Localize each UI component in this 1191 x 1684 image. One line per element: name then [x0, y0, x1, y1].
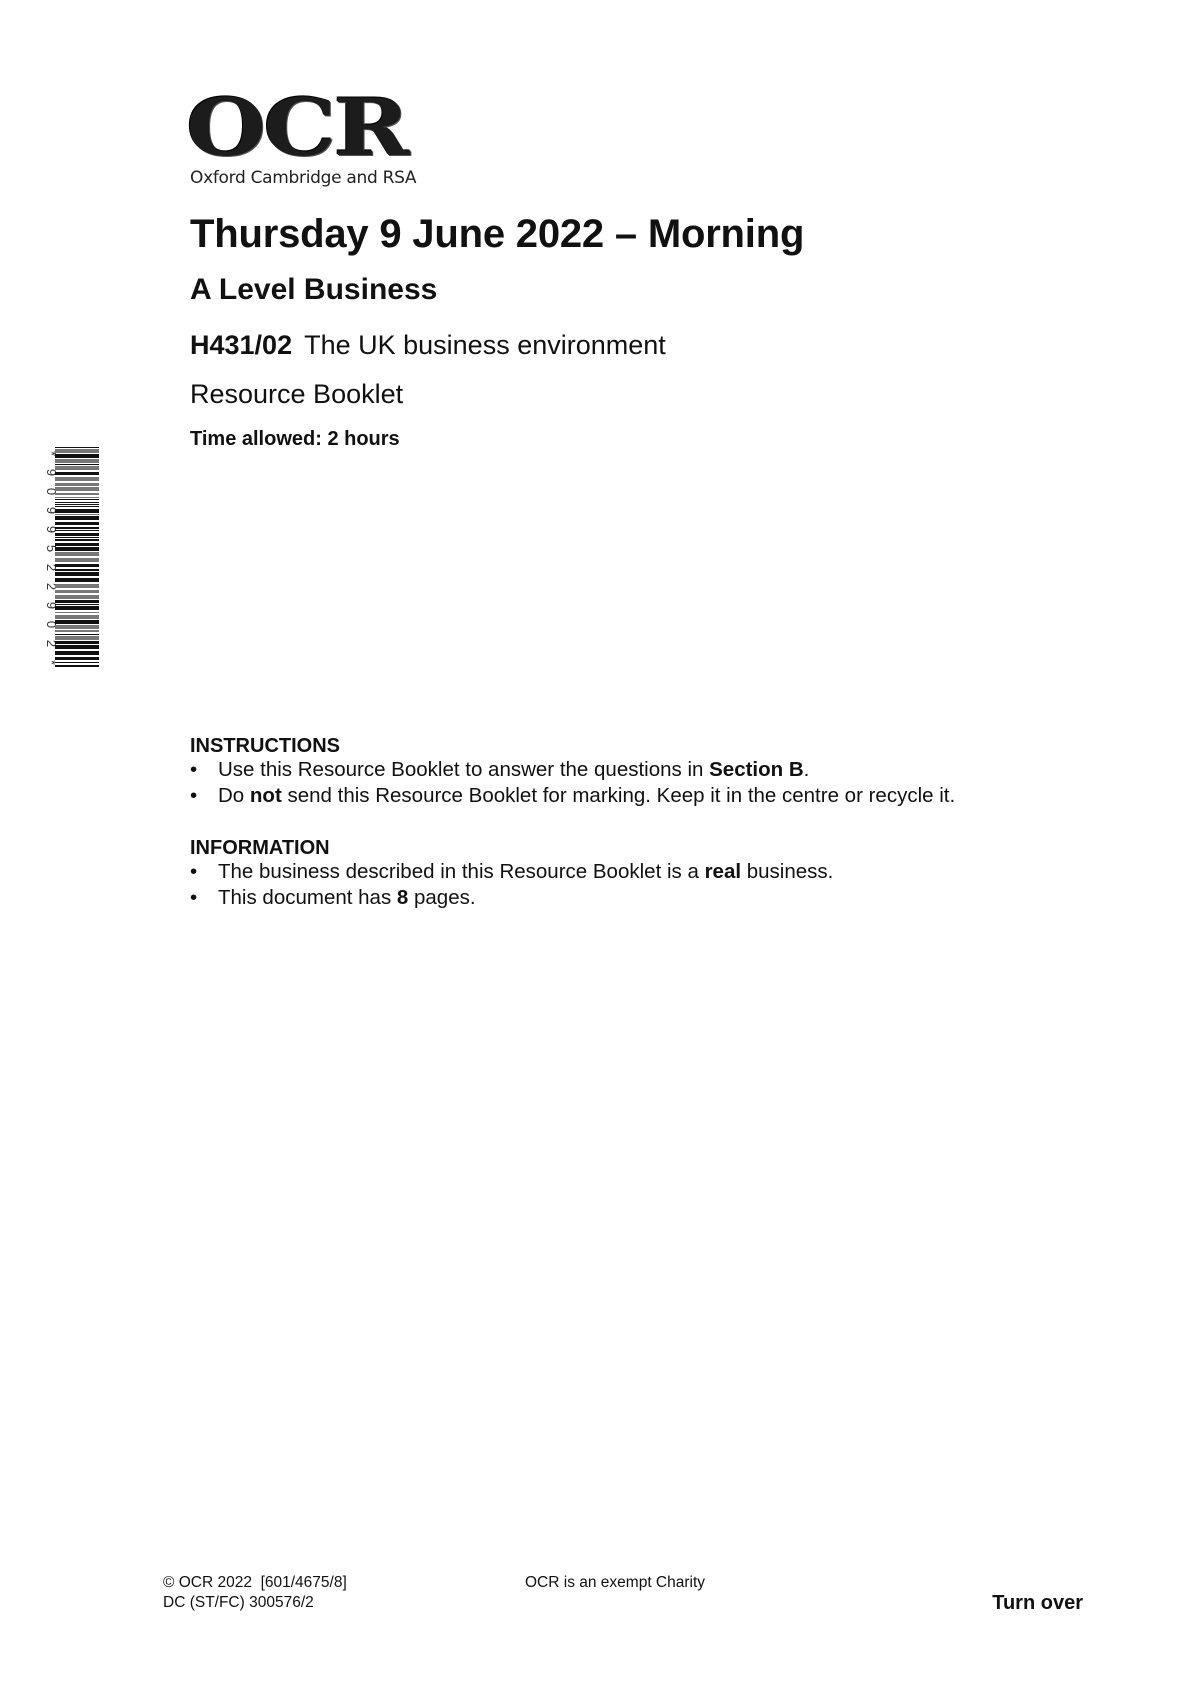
instructions-list: Use this Resource Booklet to answer the … [190, 757, 955, 809]
information-emphasis: 8 [397, 886, 408, 909]
turn-over-label: Turn over [992, 1591, 1083, 1615]
document-type: Resource Booklet [190, 377, 403, 411]
instruction-item: Do not send this Resource Booklet for ma… [190, 783, 955, 809]
instructions-heading: INSTRUCTIONS [190, 734, 340, 758]
paper-line: H431/02The UK business environment [190, 328, 666, 362]
information-emphasis: real [705, 860, 741, 883]
exam-date-session: Thursday 9 June 2022 – Morning [190, 210, 804, 258]
information-item: The business described in this Resource … [190, 859, 833, 885]
ocr-logo-mark: OCR [186, 92, 440, 163]
information-list: The business described in this Resource … [190, 859, 833, 911]
information-item: This document has 8 pages. [190, 885, 833, 911]
instruction-emphasis: not [250, 784, 282, 807]
paper-code: H431/02 [190, 330, 292, 360]
document-reference: DC (ST/FC) 300576/2 [163, 1593, 347, 1613]
barcode: *9099522902* [46, 447, 100, 669]
qualification-title: A Level Business [190, 272, 437, 308]
copyright-notice: © OCR 2022 [601/4675/8] [163, 1573, 347, 1593]
footer-left: © OCR 2022 [601/4675/8] DC (ST/FC) 30057… [163, 1573, 347, 1613]
time-allowed: Time allowed: 2 hours [190, 427, 400, 451]
instruction-item: Use this Resource Booklet to answer the … [190, 757, 955, 783]
instruction-emphasis: Section B [709, 758, 804, 781]
barcode-bars-icon [55, 447, 99, 669]
paper-title: The UK business environment [304, 330, 666, 360]
charity-notice: OCR is an exempt Charity [525, 1573, 705, 1593]
information-heading: INFORMATION [190, 836, 330, 860]
ocr-logo: OCR Oxford Cambridge and RSA [190, 92, 440, 188]
